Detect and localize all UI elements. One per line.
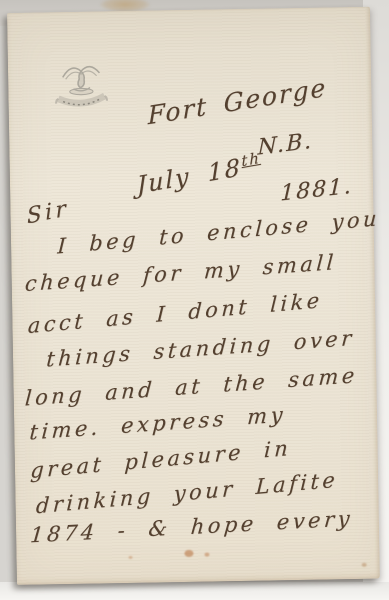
letter-line: cheque for my small — [24, 252, 337, 295]
foxing-spot — [204, 553, 209, 557]
letter-region: N.B. — [257, 131, 313, 160]
letter-date-ordinal: th — [241, 149, 261, 171]
letter-line: time. express my — [29, 404, 287, 443]
foxing-spot — [184, 550, 193, 557]
letter-photograph: Fort George N.B. July 18th 1881. Sir I b… — [0, 0, 389, 600]
letter-place: Fort George — [147, 75, 327, 129]
letter-salutation: Sir — [26, 198, 69, 228]
letter-date: July 18th — [136, 151, 261, 198]
letter-paper: Fort George N.B. July 18th 1881. Sir I b… — [7, 7, 380, 585]
letter-date-year: 1881. — [280, 176, 353, 206]
letter-line: long and at the same — [24, 365, 358, 409]
eagle-crest-icon — [50, 57, 113, 116]
letter-date-day: July 18 — [136, 153, 242, 200]
letter-line: acct as I dont like — [27, 290, 323, 337]
backing-surface-bottom — [0, 582, 389, 600]
foxing-spot — [128, 556, 132, 559]
letter-line: things standing over — [46, 328, 356, 371]
foxing-spot — [362, 563, 367, 567]
